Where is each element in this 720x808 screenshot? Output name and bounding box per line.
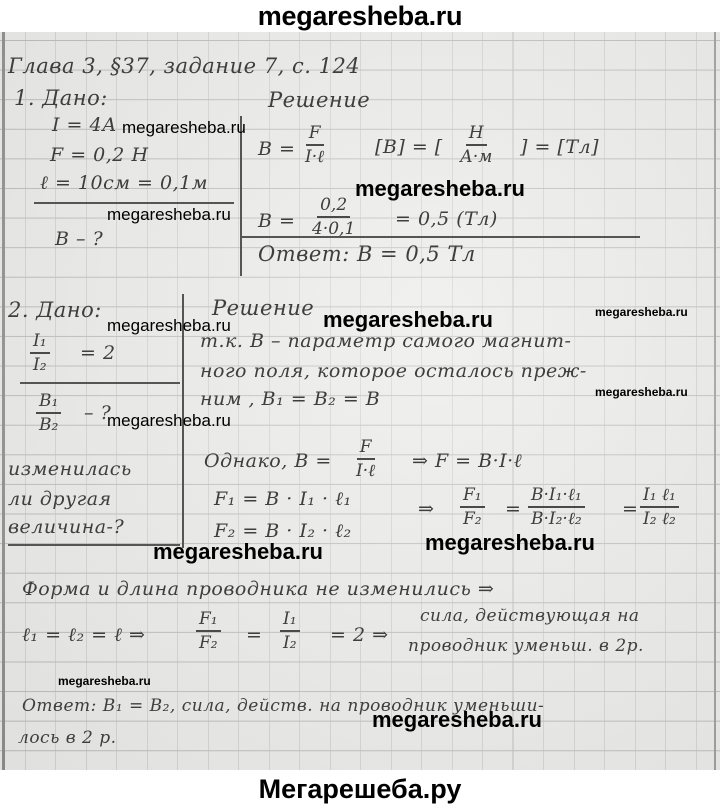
page-right-edge (714, 32, 716, 770)
watermark: megaresheba.ru (107, 205, 231, 225)
problem2-text-line-2: ного поля, которое осталось преж- (200, 360, 587, 382)
page-left-edge (2, 32, 5, 770)
problem2-find-fraction: B₁ B₂ (36, 390, 61, 436)
problem1-solution-label: Решение (268, 88, 370, 112)
fraction-denominator: B·I₂·ℓ₂ (531, 508, 582, 530)
fraction-denominator: I₂ ℓ₂ (643, 508, 676, 530)
problem2-final-fraction-2: I₁ I₂ (280, 608, 300, 654)
fraction-denominator: I·ℓ (356, 460, 375, 482)
problem1-given-force: F = 0,2 Н (50, 144, 149, 166)
problem2-ratio-equals: = (505, 498, 521, 520)
fraction-numerator: B·I₁·ℓ₁ (528, 484, 585, 508)
problem2-text-line-1: т.к. B – параметр самого магнит- (200, 330, 571, 352)
header-watermark: megaresheba.ru (258, 1, 462, 31)
problem2-conclusion-line-2: проводник уменьш. в 2р. (408, 636, 644, 656)
watermark: megaresheba.ru (355, 176, 525, 202)
fraction-numerator: I₁ ℓ₁ (640, 484, 679, 508)
fraction-denominator: I₂ (33, 354, 47, 376)
fraction-numerator: F (306, 122, 324, 146)
problem2-given-fraction: I₁ I₂ (30, 330, 50, 376)
problem2-given-rhs: = 2 (80, 342, 116, 364)
fraction-numerator: F₁ (196, 608, 221, 632)
problem2-text-line-3: ним , B₁ = B₂ = B (200, 388, 380, 410)
problem2-lengths-equation: ℓ₁ = ℓ₂ = ℓ ⇒ (22, 624, 145, 647)
problem1-divider (240, 116, 242, 276)
problem2-question-line-2: ли другая (8, 488, 112, 510)
problem2-question-line-3: величина-? (8, 516, 124, 538)
watermark: megaresheba.ru (107, 316, 231, 336)
fraction-numerator: 0,2 (317, 194, 350, 218)
fraction-denominator: I₂ (283, 632, 297, 654)
problem2-ratio3-fraction: I₁ ℓ₁ I₂ ℓ₂ (640, 484, 679, 530)
problem1-given-length: ℓ = 10см = 0,1м (40, 172, 208, 195)
watermark: megaresheba.ru (58, 674, 151, 688)
problem1-answer-divider (240, 236, 640, 238)
problem2-final-rhs: = 2 ⇒ (330, 624, 389, 646)
problem2-final-fraction-1: F₁ F₂ (196, 608, 221, 654)
problem1-calc-fraction: 0,2 4·0,1 (312, 194, 355, 240)
problem2-ratio-arrow: ⇒ (418, 498, 434, 520)
problem1-units-fraction: Н А·м (460, 122, 492, 168)
problem1-units-lhs: [B] = [ (375, 136, 443, 158)
problem2-question-line-1: изменилась (8, 458, 132, 480)
watermark: megaresheba.ru (595, 385, 688, 399)
problem2-ratio2-equals: = (622, 498, 638, 520)
fraction-denominator: F₂ (463, 508, 482, 530)
problem1-given-label: 1. Дано: (14, 86, 108, 110)
problem2-f1-equation: F₁ = B · I₁ · ℓ₁ (214, 488, 352, 511)
problem1-given-current: I = 4А (52, 114, 117, 136)
fraction-numerator: I₁ (30, 330, 50, 354)
problem2-however-rhs: ⇒ F = B·I·ℓ (412, 450, 522, 473)
fraction-denominator: B₂ (39, 414, 58, 436)
fraction-denominator: I·ℓ (305, 146, 324, 168)
problem2-however-fraction: F I·ℓ (356, 436, 375, 482)
problem1-calc-result: = 0,5 (Тл) (395, 208, 498, 230)
problem1-calc-lhs: B = (258, 210, 295, 232)
footer-watermark: Мегарешеба.ру (259, 774, 462, 804)
watermark: megaresheba.ru (153, 539, 323, 565)
watermark: megaresheba.ru (372, 707, 542, 733)
watermark: megaresheba.ru (107, 411, 231, 431)
watermark: megaresheba.ru (122, 118, 246, 138)
problem1-units-rhs: ] = [Тл] (520, 136, 599, 158)
page-title: Глава 3, §37, задание 7, с. 124 (8, 54, 360, 78)
problem1-formula-lhs: B = (258, 138, 295, 160)
problem1-answer: Ответ: B = 0,5 Тл (258, 242, 476, 266)
fraction-denominator: А·м (460, 146, 492, 168)
problem2-shape-line: Форма и длина проводника не изменились ⇒ (22, 578, 494, 600)
problem2-answer-line-2: лось в 2 р. (18, 728, 117, 748)
fraction-numerator: Н (466, 122, 487, 146)
site-header: megaresheba.ru (0, 0, 720, 32)
fraction-numerator: F (357, 436, 375, 460)
fraction-numerator: I₁ (280, 608, 300, 632)
problem2-conclusion-line-1: сила, действующая на (420, 606, 640, 626)
watermark: megaresheba.ru (595, 305, 688, 319)
watermark: megaresheba.ru (425, 530, 595, 556)
fraction-numerator: F₁ (460, 484, 485, 508)
problem1-find: B – ? (55, 228, 103, 250)
fraction-denominator: F₂ (199, 632, 218, 654)
site-footer: Мегарешеба.ру (0, 770, 720, 808)
watermark: megaresheba.ru (323, 307, 493, 333)
problem1-given-underline (34, 202, 234, 204)
problem2-given-underline (20, 382, 180, 384)
problem2-ratio-fraction: F₁ F₂ (460, 484, 485, 530)
notebook-page: Глава 3, §37, задание 7, с. 124 1. Дано:… (0, 32, 720, 770)
problem1-formula-fraction: F I·ℓ (305, 122, 324, 168)
fraction-numerator: B₁ (36, 390, 61, 414)
problem2-however-lhs: Однако, B = (204, 450, 332, 472)
problem2-given-label: 2. Дано: (8, 298, 102, 322)
problem2-final-equals: = (246, 624, 262, 646)
problem2-ratio2-fraction: B·I₁·ℓ₁ B·I₂·ℓ₂ (528, 484, 585, 530)
